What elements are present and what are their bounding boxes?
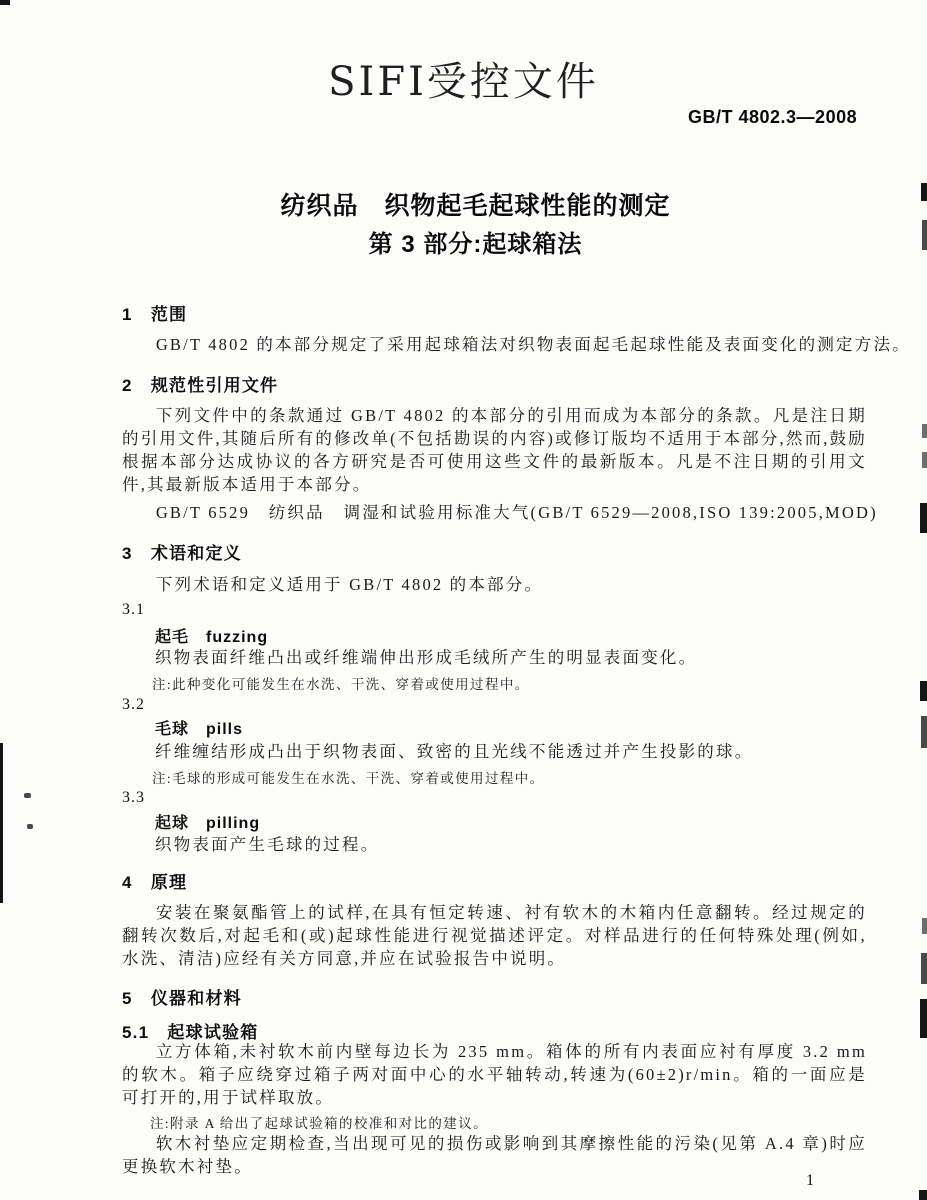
section-2-reference-entry: GB/T 6529 纺织品 调湿和试验用标准大气(GB/T 6529—2008,… [122,501,867,524]
document-title-line1: 纺织品 织物起毛起球性能的测定 [12,186,927,222]
scan-artifact [920,681,927,701]
term-3-1-note: 注:此种变化可能发生在水洗、干洗、穿着或使用过程中。 [152,673,530,693]
term-3-2-name: 毛球 pills [155,716,243,739]
scan-artifact [922,424,927,438]
term-3-1-name: 起毛 fuzzing [155,624,268,647]
term-3-1-number: 3.1 [122,601,145,619]
section-4-heading: 4 原理 [122,868,187,893]
section-2-heading: 2 规范性引用文件 [122,371,278,396]
scan-artifact [0,0,10,5]
term-3-3-number: 3.3 [122,789,145,807]
section-3-heading: 3 术语和定义 [122,539,242,564]
scan-artifact [921,953,927,984]
standard-number: GB/T 4802.3—2008 [688,107,857,128]
section-2-paragraph: 下列文件中的条款通过 GB/T 4802 的本部分的引用而成为本部分的条款。凡是… [122,404,867,496]
scan-artifact [921,716,927,748]
section-5-1-paragraph: 立方体箱,未衬软木前内壁每边长为 235 mm。箱体的所有内表面应衬有厚度 3.… [122,1040,867,1109]
term-3-3-definition: 织物表面产生毛球的过程。 [155,833,379,856]
term-3-2-number: 3.2 [122,696,145,714]
scan-artifact [919,1190,927,1200]
document-title-line2: 第 3 部分:起球箱法 [12,224,927,259]
term-3-2-note: 注:毛球的形成可能发生在水洗、干洗、穿着或使用过程中。 [152,767,545,787]
scan-artifact [24,793,31,798]
page-number: 1 [806,1172,814,1190]
scan-artifact [0,743,3,903]
term-3-2-definition: 纤维缠结形成凸出于织物表面、致密的且光线不能透过并产生投影的球。 [155,740,753,763]
scan-artifact [922,918,927,934]
section-5-1-note: 注:附录 A 给出了起球试验箱的校准和对比的建议。 [150,1112,488,1132]
section-3-paragraph: 下列术语和定义适用于 GB/T 4802 的本部分。 [122,573,867,596]
section-4-paragraph: 安装在聚氨酯管上的试样,在具有恒定转速、衬有软木的木箱内任意翻转。经过规定的翻转… [122,901,867,970]
scan-artifact [920,503,927,533]
term-3-3-name: 起球 pilling [155,810,260,833]
scan-artifact [922,452,927,468]
section-5-heading: 5 仪器和材料 [122,984,242,1009]
scan-artifact [27,824,33,829]
control-stamp-watermark: SIFI受控文件 [0,50,927,107]
scanned-document-page: SIFI受控文件 GB/T 4802.3—2008 纺织品 织物起毛起球性能的测… [0,0,927,1200]
section-5-1-paragraph-2: 软木衬垫应定期检查,当出现可见的损伤或影响到其摩擦性能的污染(见第 A.4 章)… [122,1132,867,1178]
term-3-1-definition: 织物表面纤维凸出或纤维端伸出形成毛绒所产生的明显表面变化。 [155,646,697,669]
section-1-heading: 1 范围 [122,300,187,325]
scan-artifact [920,999,927,1038]
section-1-paragraph: GB/T 4802 的本部分规定了采用起球箱法对织物表面起毛起球性能及表面变化的… [122,333,867,356]
